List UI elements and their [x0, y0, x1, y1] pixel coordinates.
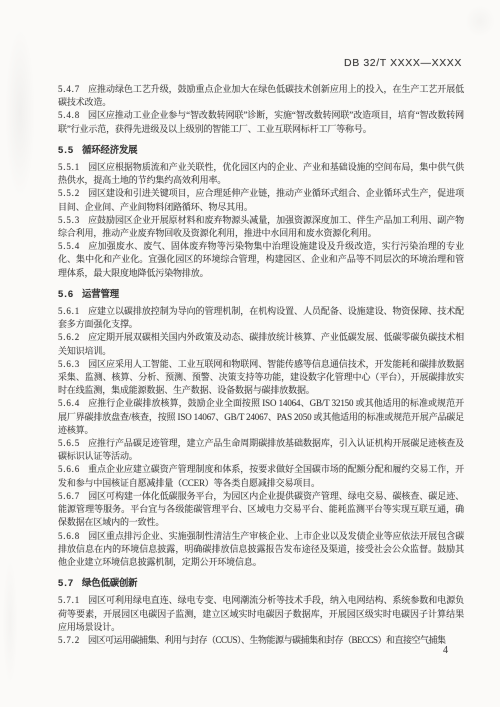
clause-number: 5.6.2: [58, 332, 80, 342]
clause-paragraph: 5.5.1园区应根据物质流和产业关联性，优化园区内的企业、产业和基础设施的空间布…: [58, 161, 464, 187]
clause-paragraph: 5.7.1园区可利用绿电直连、绿电专变、电网潮流分析等技术手段，纳入电网结构、系…: [58, 594, 464, 634]
clause-paragraph: 5.6.7园区可构建一体化低碳服务平台，为园区内企业提供碳资产管理、绿电交易、碳…: [58, 490, 464, 530]
clause-number: 5.5.1: [58, 162, 80, 172]
clause-number: 5.6.1: [58, 306, 80, 316]
clause-number: 5.6.4: [58, 398, 80, 408]
clause-text: 园区应推动工业企业参与“智改数转网联”诊断，实施“智改数转网联”改造项目，培育“…: [58, 110, 464, 133]
clause-text: 应推行产品碳足迹管理，建立产品生命周期碳排放基础数据库，引入认证机构开展碳足迹核…: [58, 438, 464, 461]
clause-number: 5.6.8: [58, 531, 80, 541]
clause-text: 园区可构建一体化低碳服务平台，为园区内企业提供碳资产管理、绿电交易、碳核查、碳足…: [58, 491, 464, 527]
clause-text: 园区可利用绿电直连、绿电专变、电网潮流分析等技术手段，纳入电网结构、系统参数和电…: [58, 595, 464, 631]
clause-text: 应加强废水、废气、固体废弃物等污染物集中治理设施建设及升级改造，实行污染治理的专…: [58, 241, 464, 277]
clause-paragraph: 5.7.2园区可运用碳捕集、利用与封存（CCUS）、生物能源与碳捕集和封存（BE…: [58, 634, 464, 647]
document-page: DB 32/T XXXX—XXXX 5.4.7应推动绿色工艺升级，鼓励重点企业加…: [0, 0, 500, 707]
clause-number: 5.4.8: [58, 110, 80, 120]
heading-number: 5.6: [58, 288, 74, 299]
clause-text: 应建立以碳排放控制为导向的管理机制，在机构设置、人员配备、设施建设、物资保障、技…: [58, 306, 464, 329]
clause-paragraph: 5.6.1应建立以碳排放控制为导向的管理机制，在机构设置、人员配备、设施建设、物…: [58, 305, 464, 331]
clause-number: 5.5.2: [58, 188, 80, 198]
clause-text: 园区应根据物质流和产业关联性，优化园区内的企业、产业和基础设施的空间布局，集中供…: [58, 162, 464, 185]
page-header: DB 32/T XXXX—XXXX: [0, 57, 462, 69]
clause-number: 5.6.7: [58, 491, 80, 501]
clause-paragraph: 5.6.3园区应采用人工智能、工业互联网和物联网、智能传感等信息通信技术，开发能…: [58, 358, 464, 398]
clause-paragraph: 5.6.8园区重点排污企业、实施强制性清洁生产审核企业、上市企业以及发债企业等应…: [58, 530, 464, 570]
clause-text: 园区重点排污企业、实施强制性清洁生产审核企业、上市企业以及发债企业等应依法开展包…: [58, 531, 464, 567]
clause-number: 5.5.4: [58, 241, 80, 251]
section-heading: 5.6运营管理: [58, 287, 464, 300]
clause-paragraph: 5.4.7应推动绿色工艺升级，鼓励重点企业加大在绿色低碳技术创新应用上的投入，在…: [58, 83, 464, 109]
heading-number: 5.7: [58, 577, 74, 588]
clause-paragraph: 5.4.8园区应推动工业企业参与“智改数转网联”诊断，实施“智改数转网联”改造项…: [58, 109, 464, 135]
clause-number: 5.6.3: [58, 359, 80, 369]
clause-text: 园区建设和引进关键项目，应合理延伸产业链，推动产业循环式组合、企业循环式生产，促…: [58, 188, 464, 211]
section-heading: 5.7绿色低碳创新: [58, 576, 464, 589]
clause-text: 重点企业应建立碳资产管理制度和体系，按要求做好全国碳市场的配额分配和履约交易工作…: [58, 464, 464, 487]
clause-text: 园区应采用人工智能、工业互联网和物联网、智能传感等信息通信技术，开发能耗和碳排放…: [58, 359, 464, 395]
clause-number: 5.6.5: [58, 438, 80, 448]
clause-paragraph: 5.6.4应推行企业碳排放核算，鼓励企业全面按照 ISO 14064、GB/T …: [58, 397, 464, 437]
section-heading: 5.5循环经济发展: [58, 143, 464, 156]
clause-paragraph: 5.5.2园区建设和引进关键项目，应合理延伸产业链，推动产业循环式组合、企业循环…: [58, 187, 464, 213]
clause-text: 应定期开展双碳相关国内外政策及动态、碳排放统计核算、产业低碳发展、低碳零碳负碳技…: [58, 332, 464, 355]
heading-number: 5.5: [58, 144, 74, 155]
clause-paragraph: 5.6.5应推行产品碳足迹管理，建立产品生命周期碳排放基础数据库，引入认证机构开…: [58, 437, 464, 463]
clause-text: 应推动绿色工艺升级，鼓励重点企业加大在绿色低碳技术创新应用上的投入，在生产工艺开…: [58, 84, 464, 107]
standard-number: DB 32/T XXXX—XXXX: [344, 57, 462, 69]
clause-number: 5.4.7: [58, 84, 80, 94]
clause-number: 5.7.1: [58, 595, 80, 605]
clause-paragraph: 5.5.4应加强废水、废气、固体废弃物等污染物集中治理设施建设及升级改造，实行污…: [58, 240, 464, 280]
clause-paragraph: 5.5.3应鼓励园区企业开展原材料和废弃物源头减量，加强资源深度加工、伴生产品加…: [58, 214, 464, 240]
clause-paragraph: 5.6.2应定期开展双碳相关国内外政策及动态、碳排放统计核算、产业低碳发展、低碳…: [58, 331, 464, 357]
clause-number: 5.5.3: [58, 215, 80, 225]
heading-text: 绿色低碳创新: [82, 577, 137, 588]
clause-paragraph: 5.6.6重点企业应建立碳资产管理制度和体系，按要求做好全国碳市场的配额分配和履…: [58, 463, 464, 489]
clause-text: 应推行企业碳排放核算，鼓励企业全面按照 ISO 14064、GB/T 32150…: [58, 398, 464, 434]
heading-text: 运营管理: [82, 288, 119, 299]
clause-number: 5.6.6: [58, 464, 80, 474]
clause-text: 园区可运用碳捕集、利用与封存（CCUS）、生物能源与碳捕集和封存（BECCS）和…: [88, 635, 446, 645]
page-number: 4: [443, 645, 448, 656]
clause-text: 应鼓励园区企业开展原材料和废弃物源头减量，加强资源深度加工、伴生产品加工利用、副…: [58, 215, 464, 238]
clause-number: 5.7.2: [58, 635, 80, 645]
document-body: 5.4.7应推动绿色工艺升级，鼓励重点企业加大在绿色低碳技术创新应用上的投入，在…: [58, 83, 464, 647]
heading-text: 循环经济发展: [82, 144, 137, 155]
